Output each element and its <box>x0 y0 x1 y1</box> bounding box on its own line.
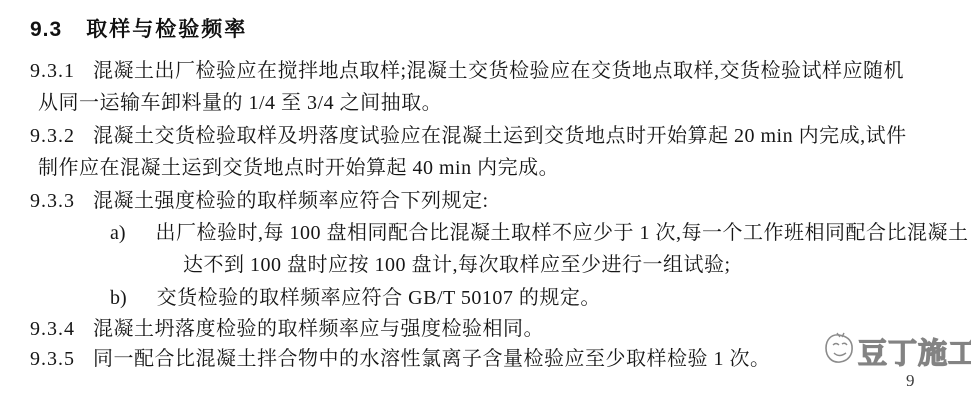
watermark: 豆丁施工 <box>822 331 971 372</box>
clause-number: 9.3.4 <box>30 316 75 342</box>
section-title: 取样与检验频率 <box>86 18 247 41</box>
clause-9-3-3-item-b: b)交货检验的取样频率应符合 GB/T 50107 的规定。 <box>110 285 601 311</box>
clause-number: 9.3.3 <box>30 188 75 214</box>
clause-text: 同一配合比混凝土拌合物中的水溶性氯离子含量检验应至少取样检验 1 次。 <box>93 348 771 370</box>
clause-text: 制作应在混凝土运到交货地点时开始算起 40 min 内完成。 <box>38 157 559 179</box>
clause-text: 从同一运输车卸料量的 1/4 至 3/4 之间抽取。 <box>38 92 442 114</box>
watermark-mascot-icon <box>822 331 856 372</box>
clause-9-3-3-item-a-line1: a)出厂检验时,每 100 盘相同配合比混凝土取样不应少于 1 次,每一个工作班… <box>110 220 969 246</box>
list-item-label: a) <box>110 220 126 246</box>
clause-text: 混凝土交货检验取样及坍落度试验应在混凝土运到交货地点时开始算起 20 min 内… <box>93 125 907 147</box>
clause-number: 9.3.1 <box>30 58 75 84</box>
section-heading: 9.3取样与检验频率 <box>30 13 247 43</box>
clause-9-3-3: 9.3.3混凝土强度检验的取样频率应符合下列规定: <box>30 188 489 214</box>
clause-text: 混凝土坍落度检验的取样频率应与强度检验相同。 <box>93 318 544 340</box>
clause-9-3-2-line1: 9.3.2混凝土交货检验取样及坍落度试验应在混凝土运到交货地点时开始算起 20 … <box>30 123 907 149</box>
clause-9-3-5: 9.3.5同一配合比混凝土拌合物中的水溶性氯离子含量检验应至少取样检验 1 次。 <box>30 346 771 372</box>
clause-text: 混凝土强度检验的取样频率应符合下列规定: <box>93 190 489 212</box>
clause-9-3-1-line2: 从同一运输车卸料量的 1/4 至 3/4 之间抽取。 <box>38 90 442 116</box>
watermark-text: 豆丁施工 <box>858 331 971 372</box>
clause-text: 达不到 100 盘时应按 100 盘计,每次取样应至少进行一组试验; <box>183 254 731 276</box>
clause-text: 混凝土出厂检验应在搅拌地点取样;混凝土交货检验应在交货地点取样,交货检验试样应随… <box>93 60 904 82</box>
section-number: 9.3 <box>30 18 62 42</box>
list-item-label: b) <box>110 285 127 311</box>
clause-9-3-2-line2: 制作应在混凝土运到交货地点时开始算起 40 min 内完成。 <box>38 155 559 181</box>
document-page: 9.3取样与检验频率 9.3.1混凝土出厂检验应在搅拌地点取样;混凝土交货检验应… <box>0 0 971 403</box>
clause-9-3-4: 9.3.4混凝土坍落度检验的取样频率应与强度检验相同。 <box>30 316 544 342</box>
clause-number: 9.3.5 <box>30 346 75 372</box>
page-number: 9 <box>906 371 916 391</box>
clause-text: 交货检验的取样频率应符合 GB/T 50107 的规定。 <box>157 287 601 309</box>
clause-text: 出厂检验时,每 100 盘相同配合比混凝土取样不应少于 1 次,每一个工作班相同… <box>156 222 969 244</box>
clause-number: 9.3.2 <box>30 123 75 149</box>
clause-9-3-3-item-a-line2: 达不到 100 盘时应按 100 盘计,每次取样应至少进行一组试验; <box>183 252 731 278</box>
clause-9-3-1-line1: 9.3.1混凝土出厂检验应在搅拌地点取样;混凝土交货检验应在交货地点取样,交货检… <box>30 58 904 84</box>
